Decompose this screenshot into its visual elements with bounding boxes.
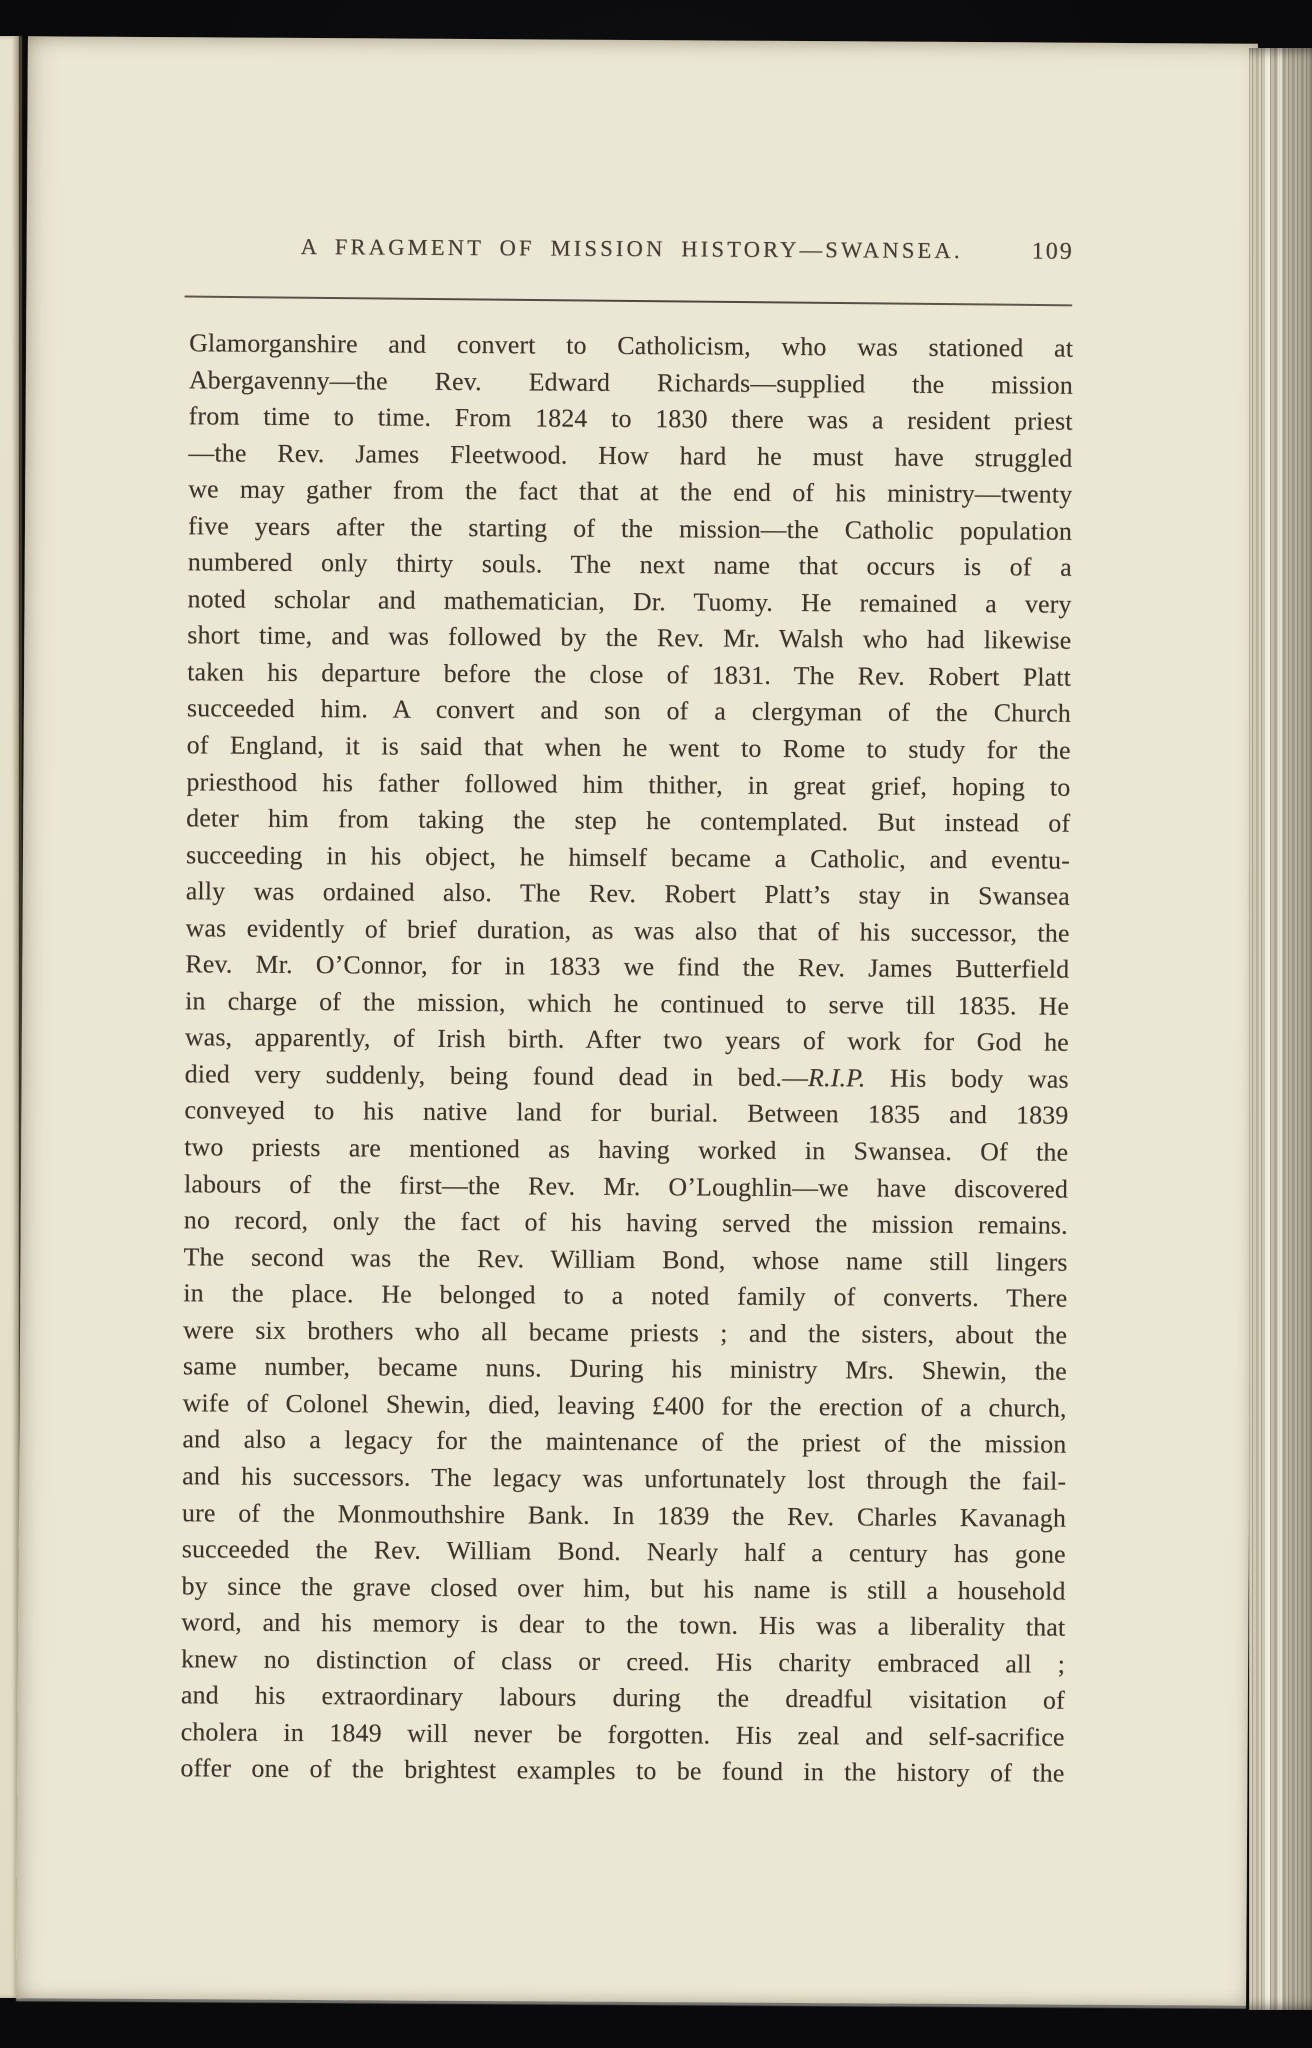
text-line: died very suddenly, being found dead in … [185,1056,1069,1098]
text-line: priesthood his father followed him thith… [186,764,1070,806]
text-line: taken his departure before the close of … [187,654,1071,696]
text-line: —the Rev. James Fleetwood. How hard he m… [188,435,1072,477]
previous-page-edge [0,36,19,1998]
text-line: same number, became nuns. During his min… [183,1349,1067,1391]
text-line: offer one of the brightest examples to b… [180,1751,1064,1793]
book-scan: A FRAGMENT OF MISSION HISTORY—SWANSEA. 1… [0,0,1312,2048]
text-line: of England, it is said that when he went… [187,727,1071,769]
text-line: ally was ordained also. The Rev. Robert … [186,873,1070,915]
page-body-text: Glamorganshire and convert to Catholicis… [180,325,1073,1792]
text-line: by since the grave closed over him, but … [181,1568,1065,1610]
text-line: and also a legacy for the maintenance of… [182,1422,1066,1464]
text-line: Abergavenny—the Rev. Edward Richards—sup… [189,362,1073,404]
text-line: was evidently of brief duration, as was … [185,910,1069,952]
text-line: five years after the starting of the mis… [188,508,1072,550]
text-line: two priests are mentioned as having work… [184,1129,1068,1171]
text-line: from time to time. From 1824 to 1830 the… [189,398,1073,440]
text-line: and his extraordinary labours during the… [181,1677,1065,1719]
text-line: were six brothers who all became priests… [183,1312,1067,1354]
text-line: succeeded the Rev. William Bond. Nearly … [182,1531,1066,1573]
text-line: deter him from taking the step he contem… [186,800,1070,842]
header-rule [184,296,1072,307]
text-line: in charge of the mission, which he conti… [185,983,1069,1025]
text-line: numbered only thirty souls. The next nam… [188,545,1072,587]
text-line: in the place. He belonged to a noted fam… [183,1275,1067,1317]
text-line: succeeding in his object, he himself bec… [186,837,1070,879]
text-line: was, apparently, of Irish birth. After t… [185,1020,1069,1062]
text-line: succeeded him. A convert and son of a cl… [187,691,1071,733]
running-header-title: A FRAGMENT OF MISSION HISTORY—SWANSEA. [190,233,1074,264]
page-number: 109 [1032,238,1074,265]
text-line: conveyed to his native land for burial. … [184,1093,1068,1135]
text-line: and his successors. The legacy was unfor… [182,1458,1066,1500]
text-line: short time, and was followed by the Rev.… [187,618,1071,660]
text-line: wife of Colonel Shewin, died, leaving £4… [183,1385,1067,1427]
text-line: ure of the Monmouthshire Bank. In 1839 t… [182,1495,1066,1537]
text-line: no record, only the fact of his having s… [184,1202,1068,1244]
text-line: we may gather from the fact that at the … [188,471,1072,513]
text-line: cholera in 1849 will never be forgotten.… [181,1714,1065,1756]
book-page: A FRAGMENT OF MISSION HISTORY—SWANSEA. 1… [16,36,1258,2005]
page-stack-fore-edge [1249,48,1312,2010]
text-line: word, and his memory is dear to the town… [181,1604,1065,1646]
text-line: labours of the first—the Rev. Mr. O’Loug… [184,1166,1068,1208]
text-line: knew no distinction of class or creed. H… [181,1641,1065,1683]
text-line: noted scholar and mathematician, Dr. Tuo… [187,581,1071,623]
text-line: Glamorganshire and convert to Catholicis… [189,325,1073,367]
page-header: A FRAGMENT OF MISSION HISTORY—SWANSEA. 1… [190,233,1074,274]
text-line: Rev. Mr. O’Connor, for in 1833 we find t… [185,947,1069,989]
text-line: The second was the Rev. William Bond, wh… [183,1239,1067,1281]
